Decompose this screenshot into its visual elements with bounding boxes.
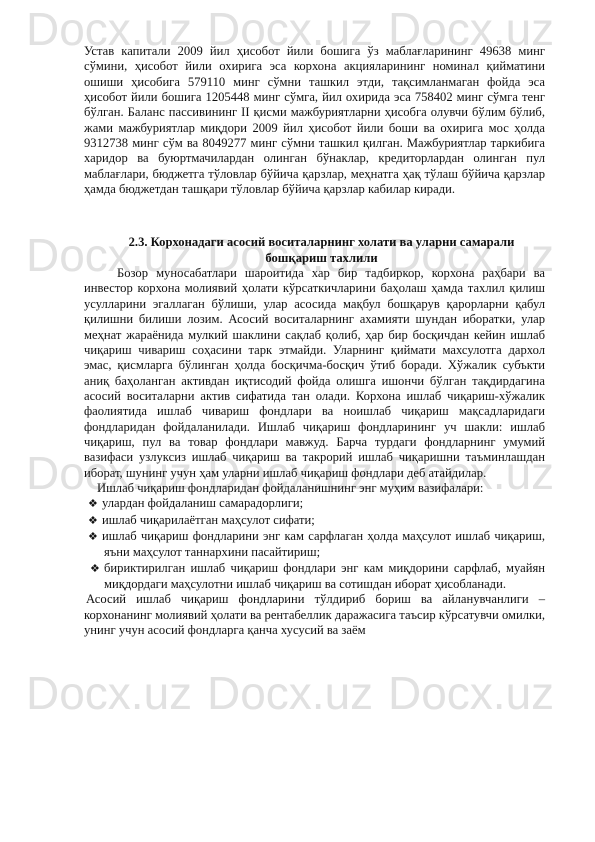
paragraph-market-relations: Бозор муносабатлари шароитида хар бир та… [84,266,545,481]
watermark: Docx.uz [388,670,554,716]
list-item-text: улардан фойдаланиш самарадорлиги; [102,496,303,510]
list-item: ❖ишлаб чиқарилаётган маҳсулот сифати; [84,513,545,529]
diamond-bullet-icon: ❖ [88,497,102,512]
list-item: ❖бириктирилган ишлаб чиқариш фондлари эн… [84,561,545,593]
diamond-bullet-icon: ❖ [88,514,102,529]
section-heading: 2.3. Корхонадаги асосий воситаларнинг хо… [84,235,545,266]
watermark: Docx.uz [207,670,373,716]
list-item-text: ишлаб чиқариш фондларини энг кам сарфлаг… [102,529,545,559]
document-body: Устав капитали 2009 йил ҳисобот йили бош… [84,44,545,638]
list-item-text: бириктирилган ишлаб чиқариш фондлари энг… [104,561,545,591]
list-item-text: ишлаб чиқарилаётган маҳсулот сифати; [102,513,315,527]
list-intro: Ишлаб чиқариш фондларидан фойдаланишнинг… [84,481,545,496]
diamond-bullet-icon: ❖ [90,562,104,577]
list-item: ❖улардан фойдаланиш самарадорлиги; [84,496,545,512]
paragraph-fund-turnover: Асосий ишлаб чиқариш фондларини тўлдириб… [84,592,545,638]
watermark: Docx.uz [26,670,192,716]
list-item: ❖ишлаб чиқариш фондларини энг кам сарфла… [84,529,545,561]
diamond-bullet-icon: ❖ [88,530,102,545]
paragraph-charter-capital: Устав капитали 2009 йил ҳисобот йили бош… [84,44,545,197]
document-page: Docx.uz Docx.uz Docx.uz Docx.uz Docx.uz … [0,0,595,842]
